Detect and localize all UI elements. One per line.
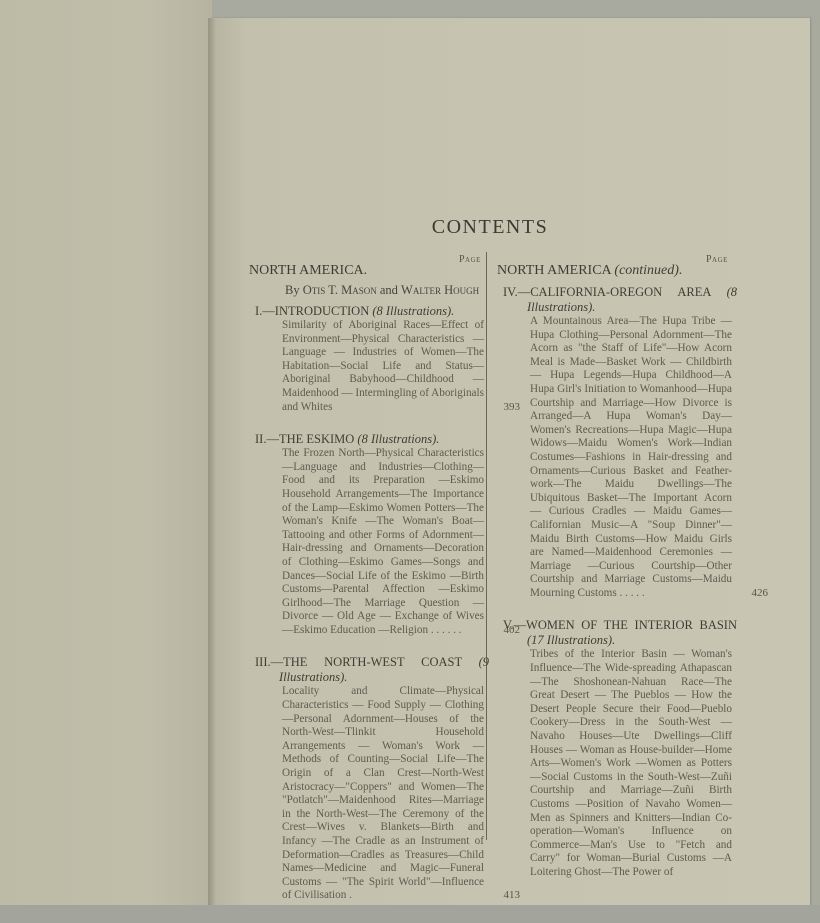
chapter-description: A Mountainous Area—The Hupa Tribe —Hupa … bbox=[530, 315, 732, 600]
chapter-heading: III.—THE NORTH-WEST COAST (9 Illustratio… bbox=[249, 655, 489, 685]
previous-page-edge bbox=[0, 0, 212, 923]
background-bottom bbox=[0, 905, 820, 923]
chapter-heading: II.—THE ESKIMO (8 Illustrations). bbox=[249, 432, 489, 447]
chapter-heading: V.—WOMEN OF THE INTERIOR BASIN (17 Illus… bbox=[497, 618, 737, 648]
gutter-shadow bbox=[208, 18, 216, 908]
chapter-description: Tribes of the Interior Basin — Woman's I… bbox=[530, 648, 732, 879]
author-name: Walter Hough bbox=[401, 283, 479, 297]
chapter-heading: I.—INTRODUCTION (8 Illustrations). bbox=[249, 304, 489, 319]
chapter-heading: IV.—CALIFORNIA-OREGON AREA (8 Illustrati… bbox=[497, 285, 737, 315]
byline: By Otis T. Mason and Walter Hough bbox=[285, 283, 489, 298]
page-number: 413 bbox=[504, 889, 521, 903]
author-name: Otis T. Mason bbox=[303, 283, 377, 297]
section-heading: NORTH AMERICA. bbox=[249, 262, 489, 279]
section-heading: NORTH AMERICA (continued). bbox=[497, 262, 737, 279]
toc-right-column: NORTH AMERICA (continued). IV.—CALIFORNI… bbox=[497, 252, 737, 880]
chapter-description: Locality and Climate—Physical Characteri… bbox=[282, 685, 484, 903]
chapter-description: Similarity of Aboriginal Races—Effect of… bbox=[282, 319, 484, 414]
toc-left-column: NORTH AMERICA. By Otis T. Mason and Walt… bbox=[249, 252, 489, 903]
page-number: 426 bbox=[752, 587, 769, 601]
page-title: CONTENTS bbox=[0, 216, 820, 239]
chapter-description: The Frozen North—Physical Characteristic… bbox=[282, 447, 484, 637]
